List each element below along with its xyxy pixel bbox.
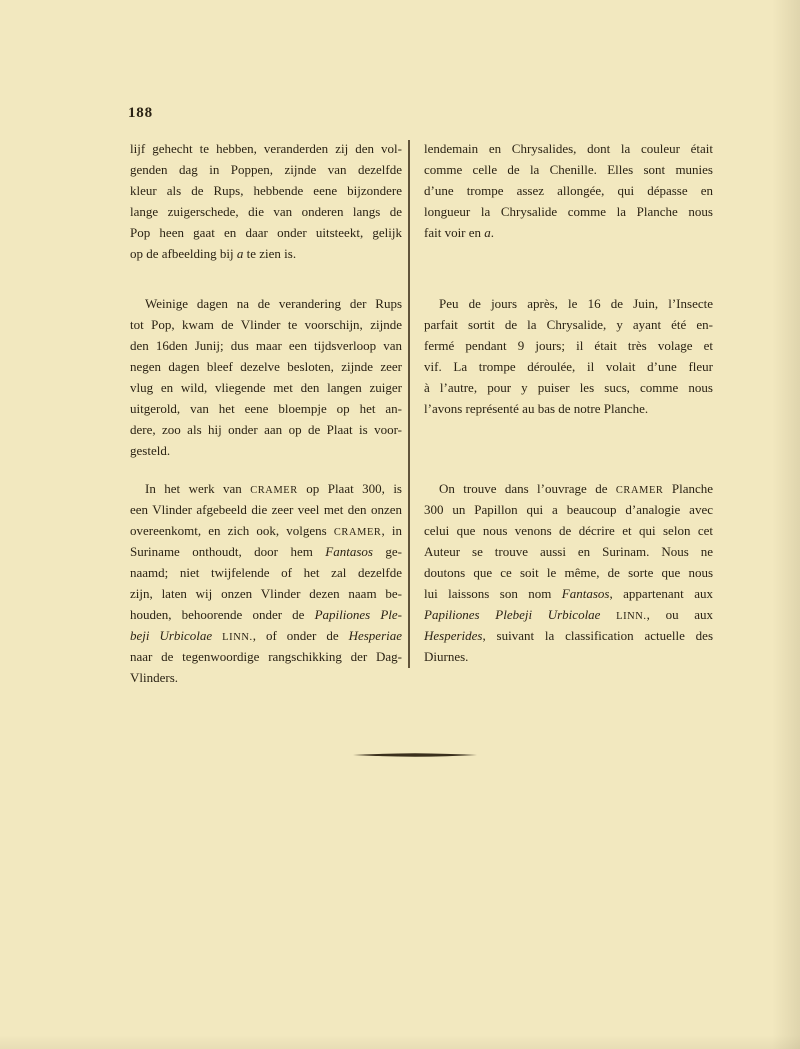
text-line: Diurnes. <box>424 646 713 667</box>
italic-term: Papiliones Ple- <box>315 607 402 622</box>
text-line: à l’autre, pour y puiser les sucs, comme… <box>424 377 713 398</box>
text-line: een Vlinder afgebeeld die zeer veel met … <box>130 499 402 520</box>
paragraph-row: Weinige dagen na de verandering der Rups… <box>130 293 713 461</box>
text-line: naamd; niet twijfelende of het zal dezel… <box>130 562 402 583</box>
paragraph-french: Peu de jours après, le 16 de Juin, l’Ins… <box>424 293 713 461</box>
text-line: kleur als de Rups, hebbende eene bijzond… <box>130 180 402 201</box>
text-line: Hesperides, suivant la classification ac… <box>424 625 713 646</box>
italic-term: Papiliones Plebeji Urbicolae <box>424 607 600 622</box>
text-line: l’avons représenté au bas de notre Planc… <box>424 398 713 419</box>
italic-term: Hesperiae <box>349 628 402 643</box>
text-line: d’une trompe assez allongée, qui dépasse… <box>424 180 713 201</box>
paragraph-dutch: lijf gehecht te hebben, veranderden zij … <box>130 138 402 264</box>
text-line: Papiliones Plebeji Urbicolae LINN., ou a… <box>424 604 713 625</box>
text-line: Peu de jours après, le 16 de Juin, l’Ins… <box>424 293 713 314</box>
page-bottom-shading <box>0 1035 800 1049</box>
small-caps-name: LINN. <box>616 611 647 622</box>
column-divider-line <box>408 140 410 668</box>
italic-term: a <box>237 246 244 261</box>
small-caps-name: CRAMER <box>250 485 298 496</box>
swelled-rule-icon <box>353 752 477 758</box>
italic-term: Fantasos <box>325 544 373 559</box>
paragraph-french: lendemain en Chrysalides, dont la couleu… <box>424 138 713 264</box>
italic-term: beji Urbicolae <box>130 628 212 643</box>
book-page: { "page": { "number": "188", "colors": {… <box>0 0 800 1049</box>
text-line: Weinige dagen na de verandering der Rups <box>130 293 402 314</box>
text-line: fermé pendant 9 jours; il était très vol… <box>424 335 713 356</box>
text-line: Suriname onthoudt, door hem Fantasos ge- <box>130 541 402 562</box>
text-line: parfait sortit de la Chrysalide, y ayant… <box>424 314 713 335</box>
text-line: den 16den Junij; dus maar een tijdsverlo… <box>130 335 402 356</box>
text-line: vif. La trompe déroulée, il volait d’une… <box>424 356 713 377</box>
text-line: 300 un Papillon qui a beaucoup d’analogi… <box>424 499 713 520</box>
text-line: comme celle de la Chenille. Elles sont m… <box>424 159 713 180</box>
paragraph-row: lijf gehecht te hebben, veranderden zij … <box>130 138 713 264</box>
text-line: lange zuigerschede, die van onderen lang… <box>130 201 402 222</box>
text-line: lijf gehecht te hebben, veranderden zij … <box>130 138 402 159</box>
text-line: beji Urbicolae LINN., of onder de Hesper… <box>130 625 402 646</box>
text-line: vlug en wild, vliegende met den langen z… <box>130 377 402 398</box>
small-caps-name: CRAMER <box>616 485 664 496</box>
paragraph-row: In het werk van CRAMER op Plaat 300, ise… <box>130 478 713 688</box>
text-line: Vlinders. <box>130 667 402 688</box>
text-line: In het werk van CRAMER op Plaat 300, is <box>130 478 402 499</box>
text-line: naar de tegenwoordige rangschikking der … <box>130 646 402 667</box>
text-line: Pop heen gaat en daar onder uitsteekt, g… <box>130 222 402 243</box>
text-line: negen dagen bleef dezelve besloten, zijn… <box>130 356 402 377</box>
text-line: lendemain en Chrysalides, dont la couleu… <box>424 138 713 159</box>
small-caps-name: LINN. <box>222 632 253 643</box>
text-line: Auteur se trouve aussi en Surinam. Nous … <box>424 541 713 562</box>
text-line: tot Pop, kwam de Vlinder te voorschijn, … <box>130 314 402 335</box>
paragraph-french: On trouve dans l’ouvrage de CRAMER Planc… <box>424 478 713 688</box>
text-line: houden, behoorende onder de Papiliones P… <box>130 604 402 625</box>
text-line: overeenkomt, en zich ook, volgens CRAMER… <box>130 520 402 541</box>
text-line: genden dag in Poppen, zijnde van dezelfd… <box>130 159 402 180</box>
text-columns: lijf gehecht te hebben, veranderden zij … <box>130 138 713 688</box>
text-line: gesteld. <box>130 440 402 461</box>
text-line: celui que nous venons de décrire et qui … <box>424 520 713 541</box>
text-line: zijn, laten wij onzen Vlinder dezen naam… <box>130 583 402 604</box>
italic-term: a <box>484 225 491 240</box>
text-line: fait voir en a. <box>424 222 713 243</box>
italic-term: Hesperides <box>424 628 483 643</box>
section-end-rule <box>353 745 477 751</box>
page-edge-shading <box>772 0 800 1049</box>
text-line: uitgerold, van het eene bloempje op het … <box>130 398 402 419</box>
page-number: 188 <box>128 105 153 122</box>
text-line: On trouve dans l’ouvrage de CRAMER Planc… <box>424 478 713 499</box>
text-line: op de afbeelding bij a te zien is. <box>130 243 402 264</box>
text-line: lui laissons son nom Fantasos, appartena… <box>424 583 713 604</box>
paragraph-dutch: Weinige dagen na de verandering der Rups… <box>130 293 402 461</box>
small-caps-name: CRAMER <box>334 527 382 538</box>
text-line: doutons que ce soit le même, de sorte qu… <box>424 562 713 583</box>
italic-term: Fantasos <box>562 586 610 601</box>
paragraph-dutch: In het werk van CRAMER op Plaat 300, ise… <box>130 478 402 688</box>
text-line: dere, zoo als hij onder aan op de Plaat … <box>130 419 402 440</box>
text-line: longueur la Chrysalide comme la Planche … <box>424 201 713 222</box>
